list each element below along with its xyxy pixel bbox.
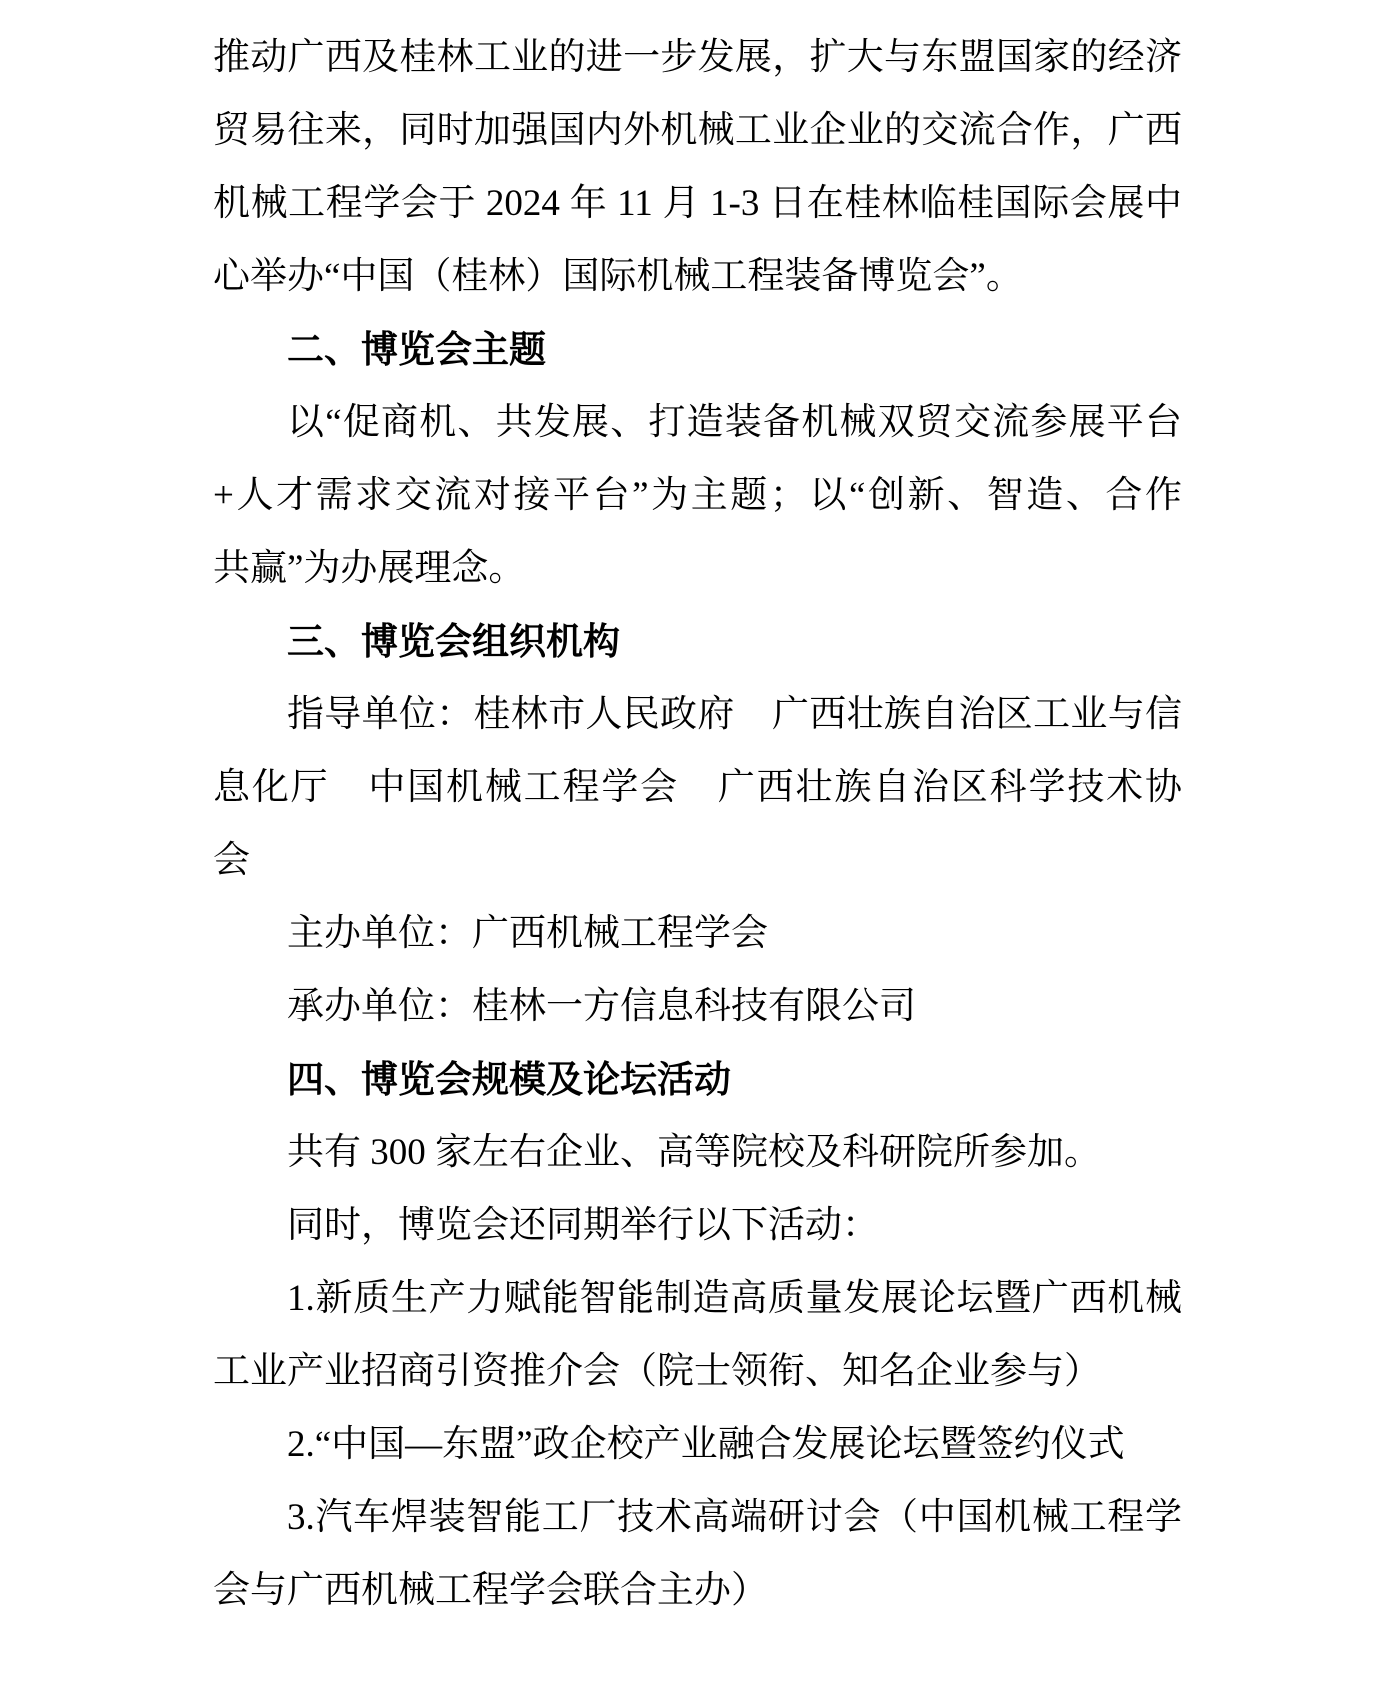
text-line: 同时，博览会还同期举行以下活动： <box>213 1189 1182 1262</box>
section-heading: 四、博览会规模及论坛活动 <box>213 1043 1182 1116</box>
text-line: 指导单位：桂林市人民政府 广西壮族自治区工业与信 <box>213 678 1182 751</box>
document-text-block: 推动广西及桂林工业的进一步发展，扩大与东盟国家的经济贸易往来，同时加强国内外机械… <box>213 21 1182 1627</box>
text-line: 1.新质生产力赋能智能制造高质量发展论坛暨广西机械 <box>213 1262 1182 1335</box>
text-line: 心举办“中国（桂林）国际机械工程装备博览会”。 <box>213 240 1182 313</box>
text-line: 机械工程学会于 2024 年 11 月 1-3 日在桂林临桂国际会展中 <box>213 167 1182 240</box>
section-heading: 三、博览会组织机构 <box>213 605 1182 678</box>
text-line: 共赢”为办展理念。 <box>213 532 1182 605</box>
document-page: 推动广西及桂林工业的进一步发展，扩大与东盟国家的经济贸易往来，同时加强国内外机械… <box>0 0 1400 1687</box>
text-line: 贸易往来，同时加强国内外机械工业企业的交流合作，广西 <box>213 94 1182 167</box>
text-line: 3.汽车焊装智能工厂技术高端研讨会（中国机械工程学 <box>213 1481 1182 1554</box>
text-line: 主办单位：广西机械工程学会 <box>213 897 1182 970</box>
section-heading: 二、博览会主题 <box>213 313 1182 386</box>
text-line: 会 <box>213 824 1182 897</box>
text-line: 以“促商机、共发展、打造装备机械双贸交流参展平台 <box>213 386 1182 459</box>
text-line: 承办单位：桂林一方信息科技有限公司 <box>213 970 1182 1043</box>
text-line: +人才需求交流对接平台”为主题；以“创新、智造、合作 <box>213 459 1182 532</box>
text-line: 推动广西及桂林工业的进一步发展，扩大与东盟国家的经济 <box>213 21 1182 94</box>
text-line: 息化厅 中国机械工程学会 广西壮族自治区科学技术协 <box>213 751 1182 824</box>
text-line: 工业产业招商引资推介会（院士领衔、知名企业参与） <box>213 1335 1182 1408</box>
text-line: 共有 300 家左右企业、高等院校及科研院所参加。 <box>213 1116 1182 1189</box>
text-line: 会与广西机械工程学会联合主办） <box>213 1554 1182 1627</box>
text-line: 2.“中国—东盟”政企校产业融合发展论坛暨签约仪式 <box>213 1408 1182 1481</box>
